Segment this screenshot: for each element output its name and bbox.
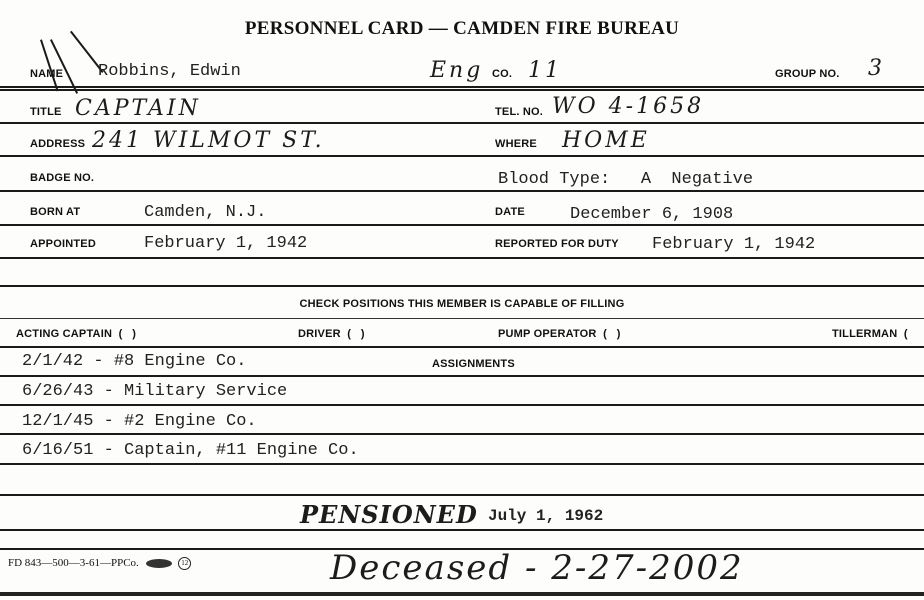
card-title: PERSONNEL CARD — CAMDEN FIRE BUREAU — [0, 18, 924, 40]
divider — [0, 433, 924, 435]
divider — [0, 190, 924, 192]
company-value: 11 — [528, 58, 562, 83]
name-value: Robbins, Edwin — [98, 62, 241, 81]
personnel-card: PERSONNEL CARD — CAMDEN FIRE BUREAU NAME… — [0, 0, 924, 600]
assignment-row: 6/16/51 - Captain, #11 Engine Co. — [22, 441, 359, 460]
divider — [0, 463, 924, 465]
divider — [0, 86, 924, 91]
reported-label: REPORTED FOR DUTY — [495, 238, 619, 250]
where-label: WHERE — [495, 138, 537, 150]
badge-label: BADGE NO. — [30, 172, 94, 184]
date-label: DATE — [495, 206, 525, 218]
tel-value: WO 4-1658 — [552, 94, 704, 119]
union-bug-icon: 12 — [178, 557, 191, 570]
divider — [0, 122, 924, 124]
deceased-note: Deceased - 2-27-2002 — [330, 548, 744, 588]
divider — [0, 375, 924, 377]
company-label: CO. — [492, 68, 512, 80]
position-pump-operator[interactable]: PUMP OPERATOR ( ) — [498, 328, 621, 340]
positions-header: CHECK POSITIONS THIS MEMBER IS CAPABLE O… — [0, 298, 924, 310]
address-value: 241 WILMOT ST. — [92, 128, 325, 153]
pensioned-label: PENSIONED — [300, 500, 478, 529]
name-label: NAME — [30, 68, 63, 80]
divider — [0, 285, 924, 287]
title-value: CAPTAIN — [75, 96, 201, 121]
divider — [0, 257, 924, 259]
divider — [0, 155, 924, 157]
tel-label: TEL. NO. — [495, 106, 543, 118]
pensioned-value: July 1, 1962 — [488, 507, 603, 525]
reported-value: February 1, 1942 — [652, 235, 815, 254]
bottom-border — [0, 592, 924, 596]
printer-mark: FD 843—500—3-61—PPCo. 12 — [8, 557, 191, 570]
divider — [0, 346, 924, 348]
appointed-value: February 1, 1942 — [144, 234, 307, 253]
company-prefix: Eng — [430, 58, 483, 83]
born-at-label: BORN AT — [30, 206, 80, 218]
assignment-row: 6/26/43 - Military Service — [22, 382, 287, 401]
printer-logo-icon — [146, 559, 172, 568]
appointed-label: APPOINTED — [30, 238, 96, 250]
divider — [0, 224, 924, 226]
group-value: 3 — [868, 56, 885, 81]
born-at-value: Camden, N.J. — [144, 203, 266, 222]
printer-code: FD 843—500—3-61—PPCo. — [8, 557, 139, 569]
assignment-row: 12/1/45 - #2 Engine Co. — [22, 412, 257, 431]
date-value: December 6, 1908 — [570, 205, 733, 224]
group-label: GROUP NO. — [775, 68, 840, 80]
divider — [0, 494, 924, 496]
where-value: HOME — [562, 128, 650, 153]
position-tillerman[interactable]: TILLERMAN ( — [832, 328, 908, 340]
divider — [0, 529, 924, 531]
position-driver[interactable]: DRIVER ( ) — [298, 328, 365, 340]
divider — [0, 318, 924, 319]
assignments-label: ASSIGNMENTS — [432, 358, 515, 370]
position-acting-captain[interactable]: ACTING CAPTAIN ( ) — [16, 328, 136, 340]
assignment-row: 2/1/42 - #8 Engine Co. — [22, 352, 246, 371]
divider — [0, 404, 924, 406]
address-label: ADDRESS — [30, 138, 85, 150]
blood-type-value: Blood Type: A Negative — [498, 170, 753, 189]
title-label: TITLE — [30, 106, 62, 118]
